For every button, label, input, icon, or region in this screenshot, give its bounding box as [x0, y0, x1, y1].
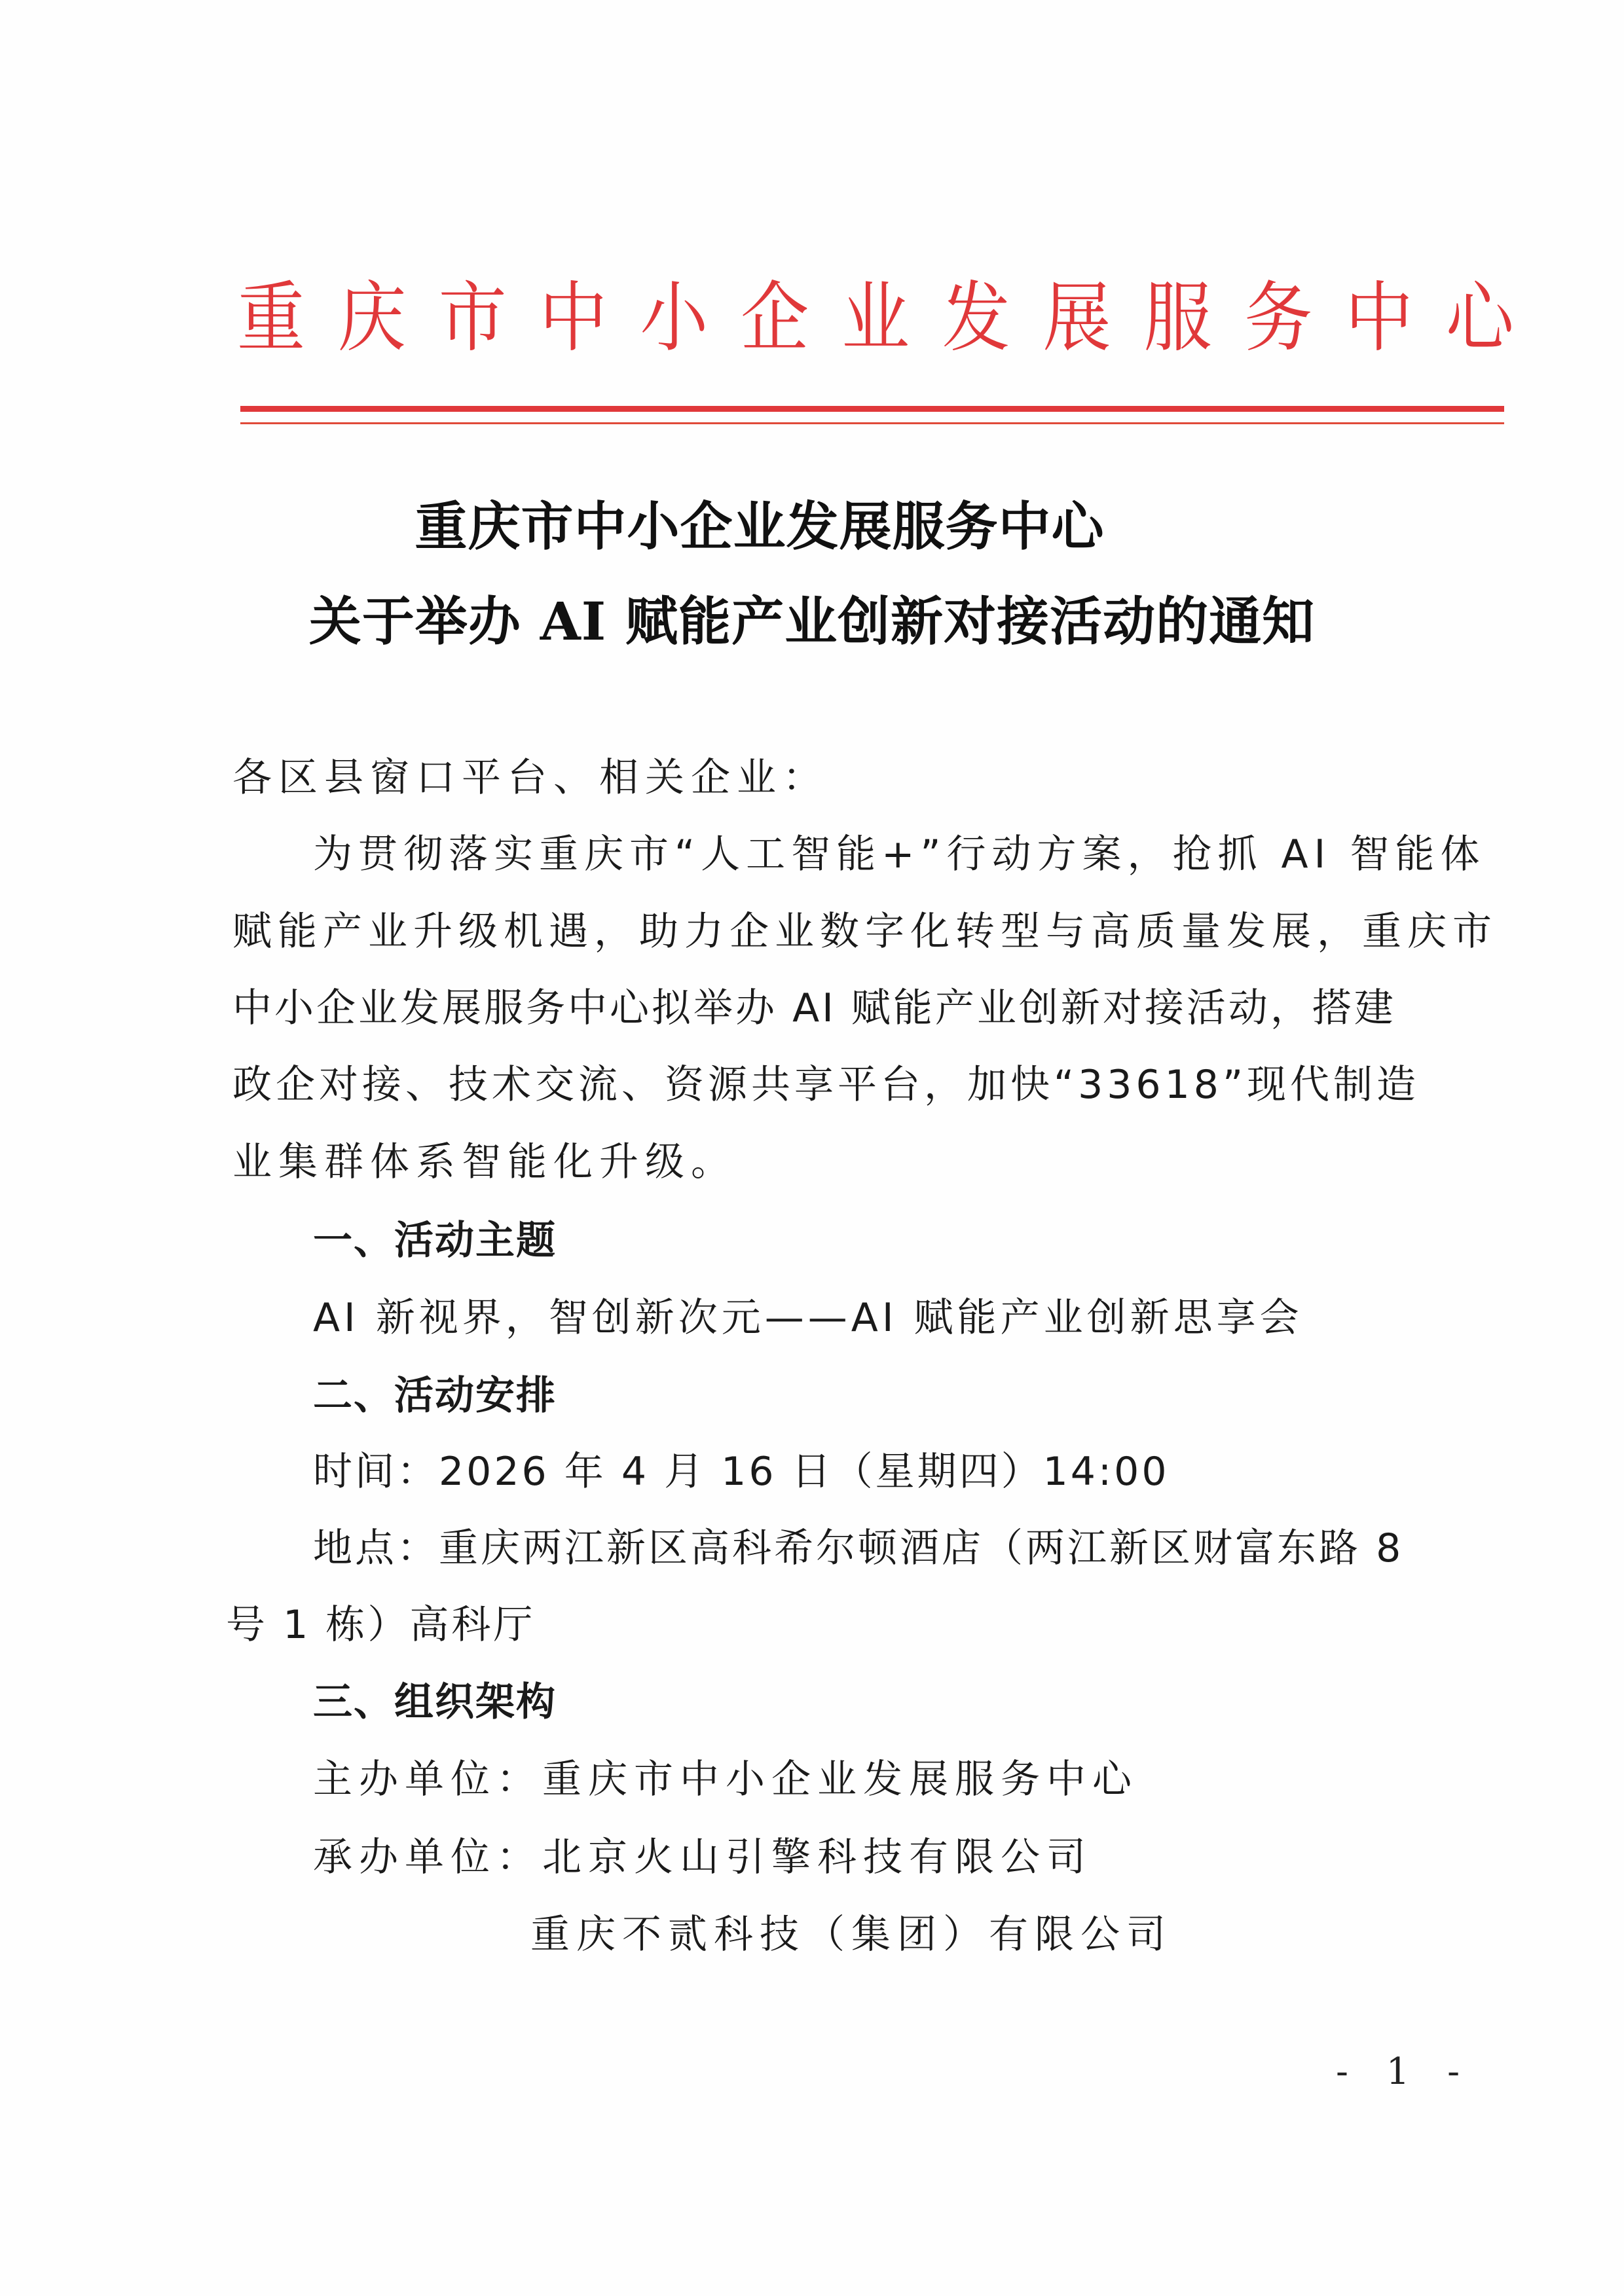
masthead-rule-thin	[240, 422, 1504, 424]
event-location-cont: 号 1 栋）高科厅	[226, 1599, 535, 1651]
document-title-line-1: 重庆市中小企业发展服务中心	[0, 484, 1572, 560]
masthead-char: 重	[237, 270, 305, 365]
intro-line-1: 为贯彻落实重庆市“人工智能+”行动方案，抢抓 AI 智能体	[313, 828, 1446, 881]
theme-content: AI 新视界，智创新次元——AI 赋能产业创新思享会	[313, 1292, 1303, 1344]
section-heading-organization: 三、组织架构	[313, 1676, 557, 1728]
masthead-char: 心	[1446, 270, 1514, 365]
masthead-char: 发	[942, 270, 1010, 365]
masthead-char: 庆	[338, 270, 406, 365]
masthead-char: 市	[439, 270, 507, 365]
time-label: 时间：	[313, 1449, 439, 1495]
document-title-line-2: 关于举办 AI 赋能产业创新对接活动的通知	[0, 579, 1624, 655]
organizer-unit: 承办单位：北京火山引擎科技有限公司	[313, 1831, 1092, 1884]
intro-text: 为贯彻落实重庆市“人工智能+”行动方案，抢抓 AI 智能体	[313, 828, 1485, 881]
host-unit: 主办单位：重庆市中小企业发展服务中心	[313, 1753, 1138, 1806]
intro-line-2: 赋能产业升级机遇，助力企业数字化转型与高质量发展，重庆市	[232, 905, 1498, 958]
masthead-char: 中	[539, 270, 607, 365]
location-label: 地点：	[313, 1525, 439, 1571]
masthead-char: 小	[640, 270, 708, 365]
location-value: 重庆两江新区高科希尔顿酒店（两江新区财富东路 8	[439, 1525, 1403, 1571]
host-value: 重庆市中小企业发展服务中心	[542, 1757, 1138, 1802]
intro-line-5: 业集群体系智能化升级。	[232, 1136, 737, 1188]
masthead-char: 业	[841, 270, 910, 365]
masthead-char: 企	[741, 270, 809, 365]
page-number: - 1 -	[1336, 2049, 1473, 2095]
masthead-org-name: 重 庆 市 中 小 企 业 发 展 服 务 中 心	[237, 275, 1514, 360]
event-time: 时间：2026 年 4 月 16 日（星期四）14:00	[313, 1446, 1170, 1498]
organizer-unit-2: 重庆不贰科技（集团）有限公司	[530, 1908, 1172, 1961]
time-value: 2026 年 4 月 16 日（星期四）14:00	[439, 1449, 1170, 1495]
masthead-char: 展	[1043, 270, 1111, 365]
document-page: 重 庆 市 中 小 企 业 发 展 服 务 中 心 重庆市中小企业发展服务中心 …	[0, 0, 1624, 2296]
event-location: 地点：重庆两江新区高科希尔顿酒店（两江新区财富东路 8	[313, 1522, 1403, 1575]
host-label: 主办单位：	[313, 1757, 542, 1802]
section-heading-theme: 一、活动主题	[313, 1214, 557, 1267]
masthead-char: 服	[1143, 270, 1211, 365]
section-heading-arrangement: 二、活动安排	[313, 1370, 557, 1422]
salutation: 各区县窗口平台、相关企业：	[232, 752, 828, 804]
organizer-value: 北京火山引擎科技有限公司	[542, 1834, 1092, 1880]
masthead-char: 务	[1244, 270, 1312, 365]
intro-line-3: 中小企业发展服务中心拟举办 AI 赋能产业创新对接活动，搭建	[232, 982, 1396, 1034]
masthead-rule-thick	[240, 406, 1504, 412]
organizer-label: 承办单位：	[313, 1834, 542, 1880]
masthead-char: 中	[1345, 270, 1413, 365]
intro-line-4: 政企对接、技术交流、资源共享平台，加快“33618”现代制造	[232, 1059, 1420, 1111]
